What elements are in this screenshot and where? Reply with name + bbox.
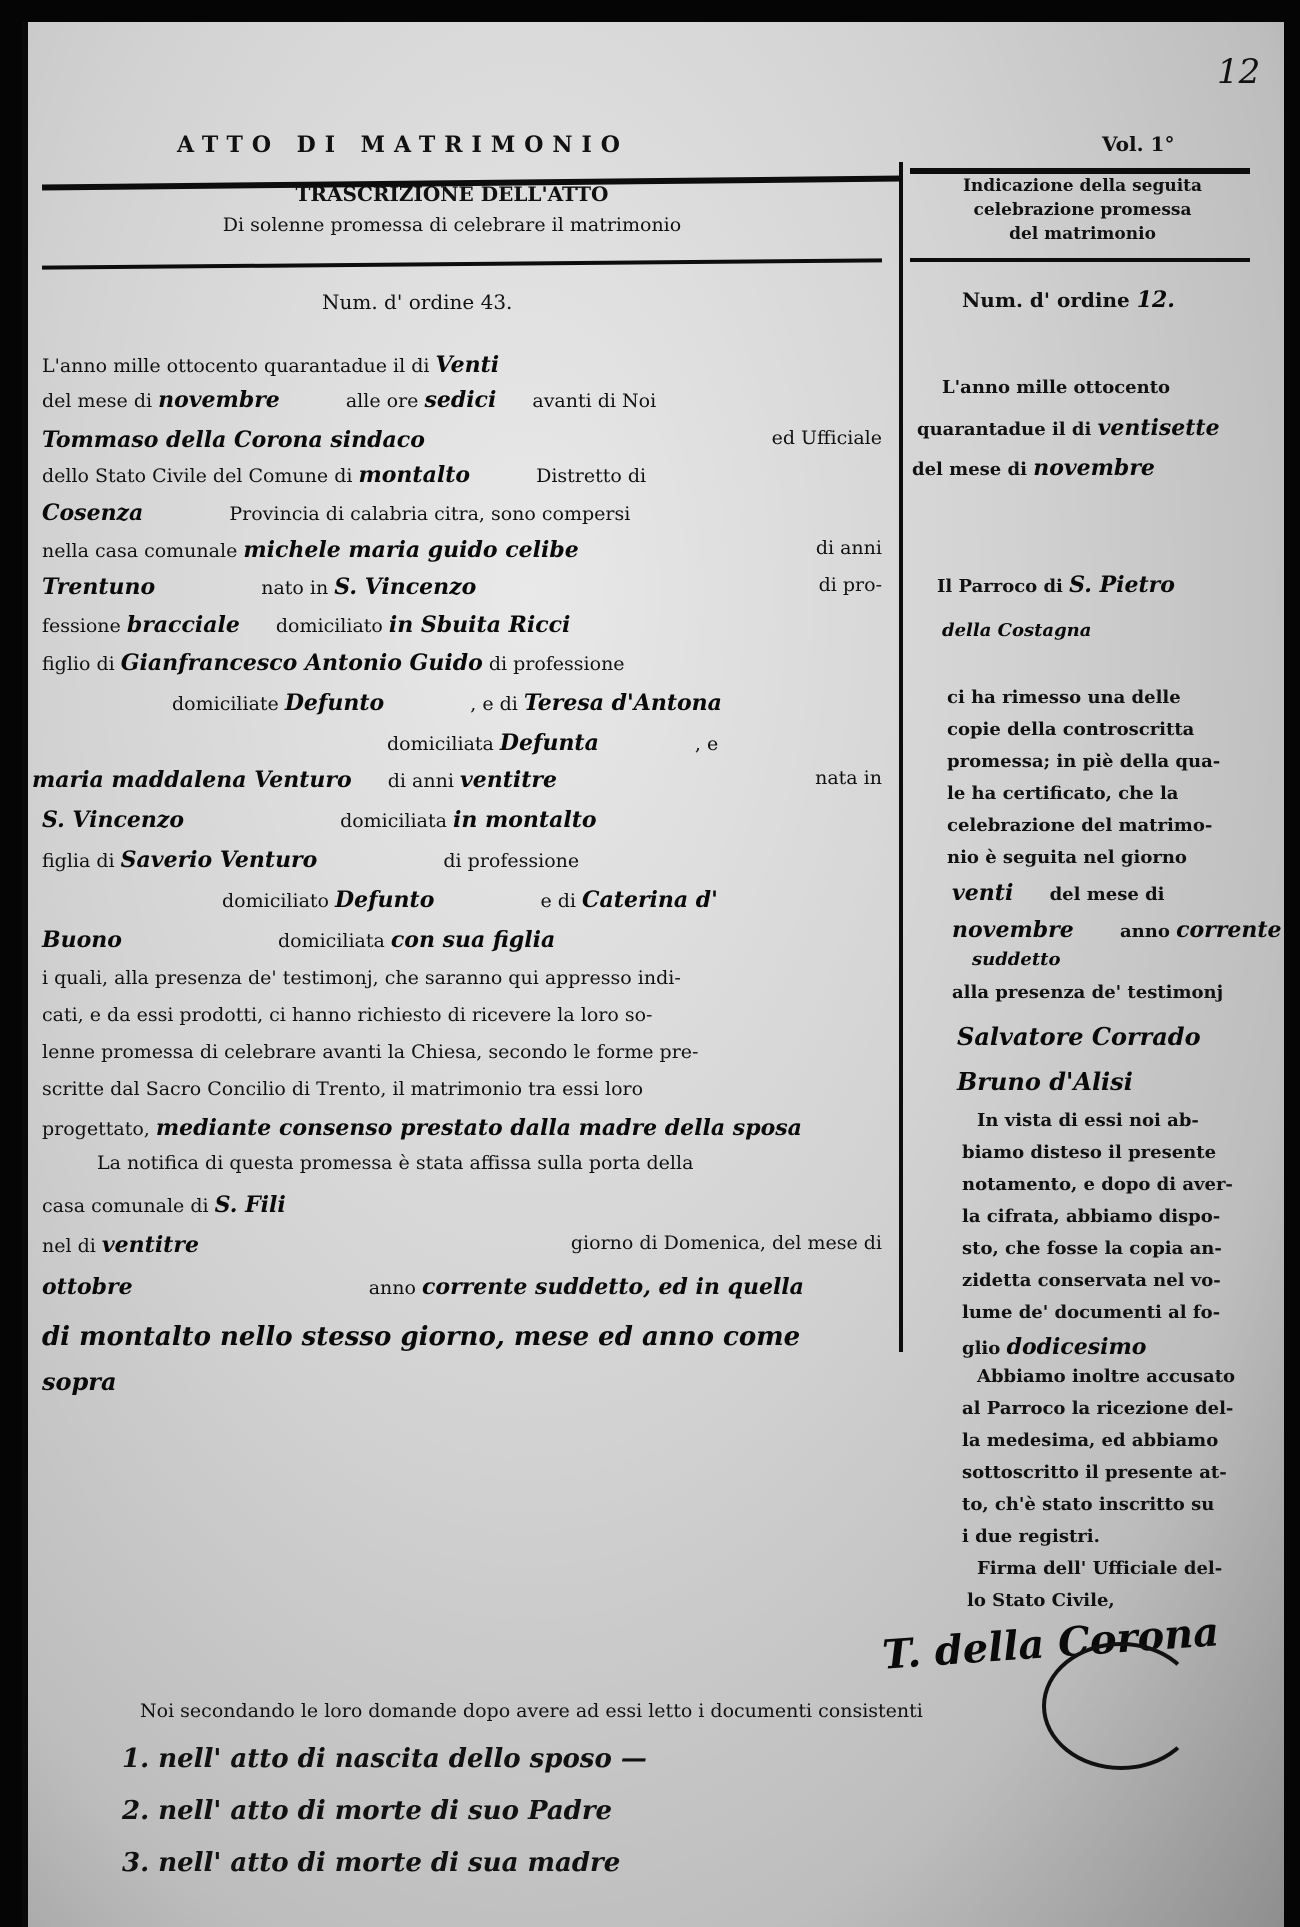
body-line: cati, e da essi prodotti, ci hanno richi… <box>42 1004 652 1026</box>
section-subtitle: Di solenne promessa di celebrare il matr… <box>142 214 762 236</box>
side-line: glio dodicesimo <box>962 1334 1146 1360</box>
side-line: suddetto <box>972 949 1060 970</box>
side-line: la cifrata, abbiamo dispo- <box>962 1206 1220 1227</box>
order-number-left: Num. d' ordine 43. <box>322 290 512 314</box>
side-line: notamento, e dopo di aver- <box>962 1174 1233 1195</box>
side-line: quarantadue il di ventisette <box>917 415 1220 441</box>
side-line: ci ha rimesso una delle <box>947 687 1181 708</box>
folio-mark: 12 <box>1217 52 1260 92</box>
witness-name: Salvatore Corrado <box>957 1022 1201 1051</box>
record-line: dello Stato Civile del Comune di montalt… <box>42 462 646 488</box>
record-line: Buono domiciliata con sua figlia <box>42 927 555 953</box>
left-margin-rule <box>22 22 28 1927</box>
document-page: illegible handwritten annotation 12 ATTO… <box>22 22 1284 1927</box>
notice-line: di montalto nello stesso giorno, mese ed… <box>42 1322 800 1352</box>
notice-line: casa comunale di S. Fili <box>42 1192 286 1218</box>
page-title: ATTO DI MATRIMONIO <box>177 132 629 158</box>
side-line: zidetta conservata nel vo- <box>962 1270 1221 1291</box>
side-line: del mese di novembre <box>912 455 1155 481</box>
side-line: le ha certificato, che la <box>947 783 1178 804</box>
record-line: maria maddalena Venturo di anni ventitre… <box>32 767 882 793</box>
record-line: figlia di Saverio Venturo di professione <box>42 847 579 873</box>
record-line: fessione bracciale domiciliato in Sbuita… <box>42 612 570 638</box>
side-line: sto, che fosse la copia an- <box>962 1238 1222 1259</box>
notice-line: La notifica di questa promessa è stata a… <box>97 1152 693 1174</box>
side-line: biamo disteso il presente <box>962 1142 1216 1163</box>
side-line: copie della controscritta <box>947 719 1194 740</box>
side-line: lo Stato Civile, <box>967 1590 1115 1611</box>
side-line: novembre anno corrente <box>952 917 1282 943</box>
side-line: lume de' documenti al fo- <box>962 1302 1220 1323</box>
side-line: alla presenza de' testimonj <box>952 982 1223 1003</box>
side-column-title: Indicazione della seguita celebrazione p… <box>910 174 1255 246</box>
record-line: nella casa comunale michele maria guido … <box>42 537 882 563</box>
order-number-right: Num. d' ordine 12. <box>962 287 1175 313</box>
side-line: Firma dell' Ufficiale del- <box>977 1558 1222 1579</box>
record-line: progettato, mediante consenso prestato d… <box>42 1115 802 1141</box>
side-line: to, ch'è stato inscritto su <box>962 1494 1214 1515</box>
documents-intro: Noi secondando le loro domande dopo aver… <box>140 1700 923 1722</box>
record-line: domiciliate Defunto , e di Teresa d'Anto… <box>172 690 722 716</box>
side-line: sottoscritto il presente at- <box>962 1462 1227 1483</box>
subtitle-rule-left <box>42 258 882 269</box>
volume-label: Vol. 1° <box>1102 132 1174 156</box>
side-line: venti del mese di <box>952 880 1165 906</box>
record-line: Trentuno nato in S. Vincenzo di pro- <box>42 574 882 600</box>
record-line: del mese di novembre alle ore sedici ava… <box>42 387 656 413</box>
notice-line: ottobre anno corrente suddetto, ed in qu… <box>42 1274 804 1300</box>
witness-name: Bruno d'Alisi <box>957 1067 1133 1096</box>
record-line: domiciliato Defunto e di Caterina d' <box>222 887 718 913</box>
document-list-item: 1. nell' atto di nascita dello sposo — <box>122 1744 647 1774</box>
side-line: della Costagna <box>942 620 1091 641</box>
record-line: domiciliata Defunta , e <box>387 730 718 756</box>
seal-flourish <box>1042 1642 1200 1770</box>
document-list-item: 2. nell' atto di morte di suo Padre <box>122 1796 612 1826</box>
column-divider <box>899 162 903 1352</box>
record-line: L'anno mille ottocento quarantadue il di… <box>42 352 499 378</box>
side-line: al Parroco la ricezione del- <box>962 1398 1233 1419</box>
record-line: figlio di Gianfrancesco Antonio Guido di… <box>42 650 625 676</box>
side-line: nio è seguita nel giorno <box>947 847 1187 868</box>
record-line: Cosenza Provincia di calabria citra, son… <box>42 500 630 526</box>
side-line: la medesima, ed abbiamo <box>962 1430 1218 1451</box>
body-line: i quali, alla presenza de' testimonj, ch… <box>42 967 681 989</box>
side-line: celebrazione del matrimo- <box>947 815 1212 836</box>
side-line: Il Parroco di S. Pietro <box>937 572 1175 598</box>
notice-line: nel di ventitre giorno di Domenica, del … <box>42 1232 882 1258</box>
side-line: L'anno mille ottocento <box>942 377 1170 398</box>
section-title: TRASCRIZIONE DELL'ATTO <box>202 182 702 206</box>
side-line: promessa; in piè della qua- <box>947 751 1220 772</box>
side-line: Abbiamo inoltre accusato <box>977 1366 1235 1387</box>
side-line: i due registri. <box>962 1526 1100 1547</box>
record-line: Tommaso della Corona sindaco ed Ufficial… <box>42 427 882 453</box>
document-list-item: 3. nell' atto di morte di sua madre <box>122 1848 620 1878</box>
body-line: scritte dal Sacro Concilio di Trento, il… <box>42 1078 643 1100</box>
subtitle-rule-right <box>910 258 1250 262</box>
side-line: In vista di essi noi ab- <box>977 1110 1199 1131</box>
body-line: lenne promessa di celebrare avanti la Ch… <box>42 1041 698 1063</box>
notice-line: sopra <box>42 1367 117 1396</box>
record-line: S. Vincenzo domiciliata in montalto <box>42 807 597 833</box>
